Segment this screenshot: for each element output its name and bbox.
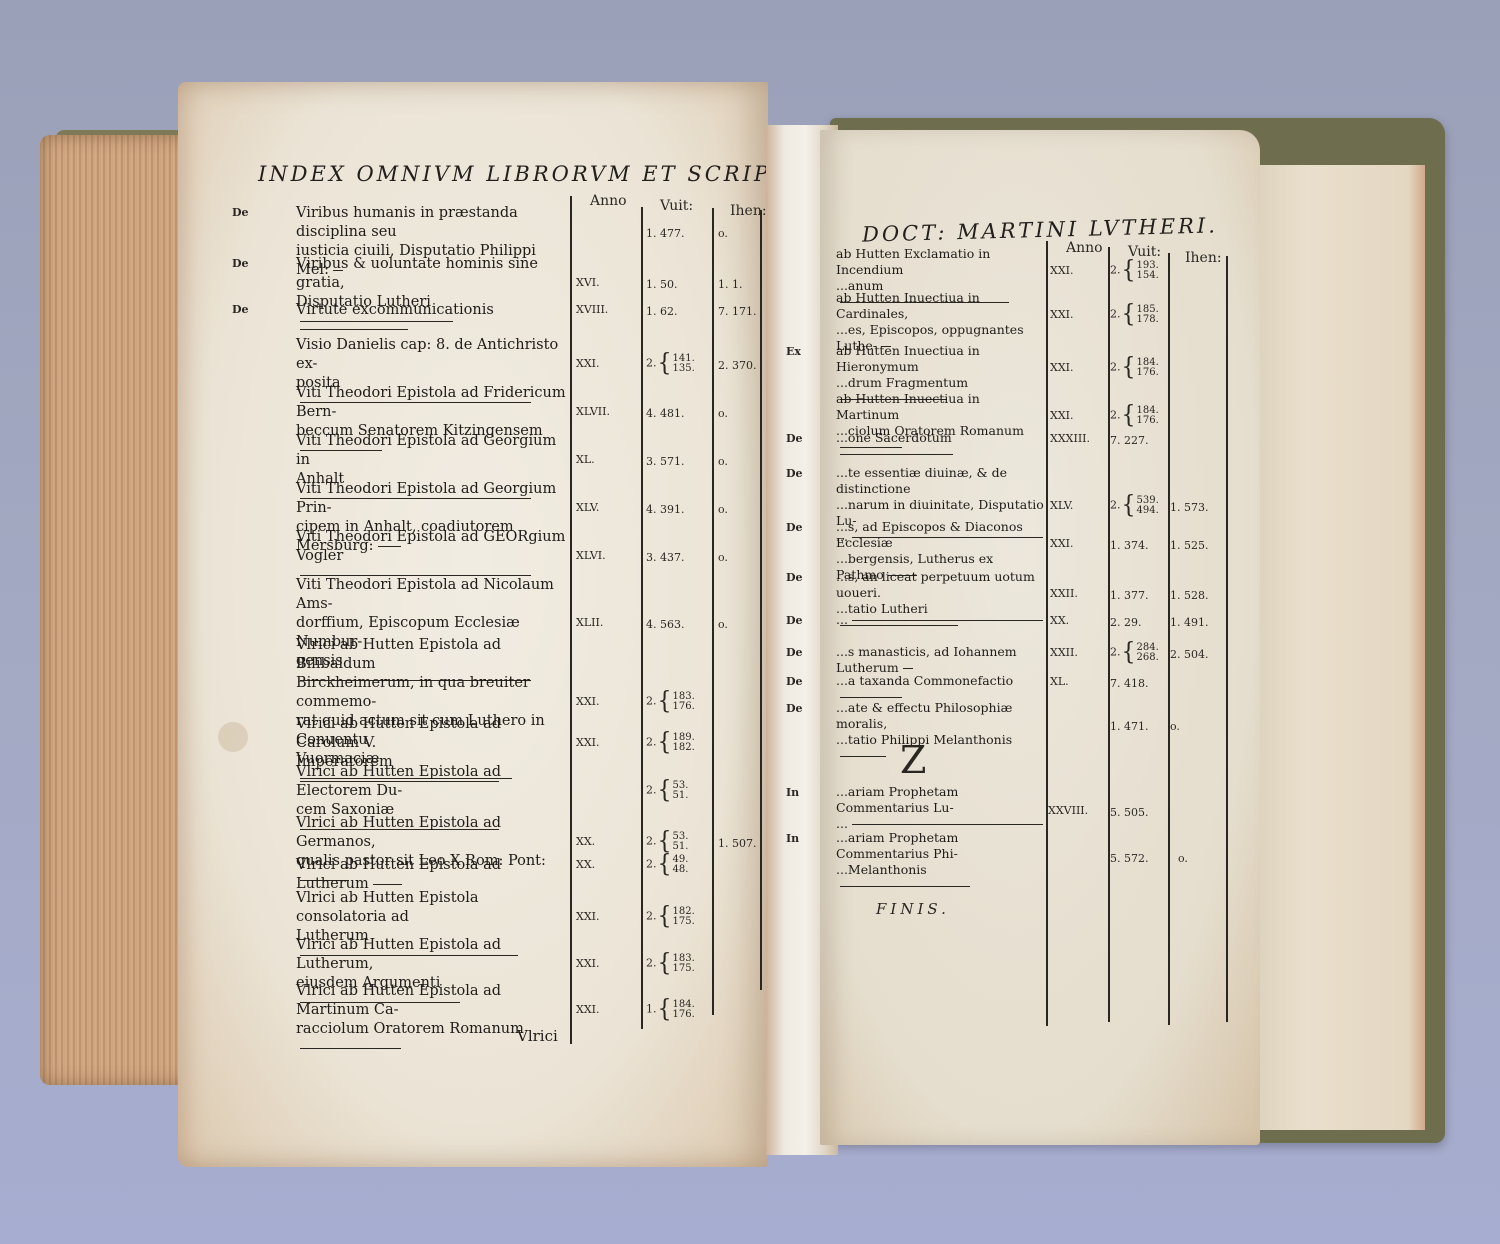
- ihen-value: 1. 573.: [1170, 501, 1208, 514]
- anno-value: XVI.: [576, 276, 600, 289]
- vuit-value: 2.{183.176.: [646, 689, 695, 714]
- entry-text: ...ate & effectu Philosophiæ moralis,: [836, 700, 1012, 731]
- entry-text: ...s manasticis, ad Iohannem Lutherum: [836, 644, 1017, 675]
- vuit-value: 2.{182.175.: [646, 904, 695, 929]
- anno-value: XXII.: [1050, 587, 1078, 600]
- vuit-volume: 2.: [646, 784, 657, 797]
- vuit-page-pair: 184.176.: [1137, 406, 1159, 426]
- page-edges-left: [40, 135, 200, 1085]
- brace-icon: {: [1122, 301, 1136, 329]
- vuit-volume: 7. 418.: [1110, 677, 1148, 690]
- vuit-volume: 1. 62.: [646, 305, 678, 318]
- anno-value: XL.: [576, 453, 595, 466]
- entry-text: Viti Theodori Epistola ad Georgium Prin-: [296, 481, 556, 516]
- entry-text: ab Hutten Inuectiua in Martinum: [836, 391, 980, 422]
- leader-rule: [300, 329, 408, 330]
- vuit-volume: 2.: [1110, 264, 1121, 277]
- entry-title-line: ab Hutten Inuectiua in Hieronymum: [836, 343, 1044, 375]
- vuit-volume: 2.: [646, 910, 657, 923]
- entry-title-line: Vlrici ab Hutten Epistola ad Electorem D…: [296, 763, 566, 801]
- vuit-value: 1. 477.: [646, 227, 684, 240]
- brace-icon: {: [658, 729, 672, 757]
- section-letter-z: Z: [900, 738, 926, 782]
- entry-title-line: ab Hutten Inuectiua in Martinum: [836, 391, 1044, 423]
- index-entry: ...ariam Prophetam Commentarius Phi-...M…: [836, 830, 1044, 894]
- entry-title-line: ...s, an liceat perpetuum uotum uoueri.: [836, 569, 1044, 601]
- vuit-value: 2.{284.268.: [1110, 640, 1159, 665]
- entry-title-line: ab Hutten Exclamatio in Incendium: [836, 246, 1044, 278]
- brace-icon: {: [1122, 402, 1136, 430]
- anno-value: XXI.: [576, 357, 600, 370]
- anno-value: XVIII.: [576, 303, 608, 316]
- vuit-page-pair: 193.154.: [1137, 261, 1159, 281]
- vuit-volume: 5. 572.: [1110, 852, 1148, 865]
- leader-rule: [852, 824, 1043, 825]
- vuit-volume: 4. 391.: [646, 503, 684, 516]
- entry-title-line: Viti Theodori Epistola ad Georgium in: [296, 432, 566, 470]
- entry-prefix: De: [786, 521, 803, 534]
- ihen-value: 2. 504.: [1170, 648, 1208, 661]
- entry-title-line: ...ariam Prophetam Commentarius Lu-: [836, 784, 1044, 816]
- entry-prefix: De: [786, 614, 803, 627]
- entry-title-line: Vlrici ab Hutten Epistola ad Carolum V.: [296, 715, 566, 753]
- ihen-value: 1. 507.: [718, 837, 756, 850]
- entry-text: Virtute excommunicationis: [296, 302, 494, 318]
- brace-icon: {: [1122, 492, 1136, 520]
- entry-text: Vlrici ab Hutten Epistola ad Lutherum,: [296, 937, 501, 972]
- vuit-value: 2.{539.494.: [1110, 493, 1159, 518]
- anno-value: XXI.: [576, 695, 600, 708]
- entry-text: Viribus & uoluntate hominis sine gratia,: [296, 256, 538, 291]
- vuit-value: 7. 227.: [1110, 434, 1148, 447]
- vuit-volume: 2.: [646, 957, 657, 970]
- entry-text: Viti Theodori Epistola ad GEORgium: [296, 529, 565, 545]
- vuit-volume: 1. 50.: [646, 278, 678, 291]
- vuit-value: 1. 62.: [646, 305, 678, 318]
- index-entry: ...s manasticis, ad Iohannem Lutherum: [836, 644, 1044, 676]
- paper-stain: [218, 722, 248, 752]
- column-rule: [1046, 241, 1048, 1026]
- entry-text: Vlrici ab Hutten Epistola ad Martinum Ca…: [296, 983, 501, 1018]
- vuit-volume: 4. 481.: [646, 407, 684, 420]
- ihen-value: o.: [718, 455, 728, 468]
- entry-title-line: Visio Danielis cap: 8. de Antichristo ex…: [296, 336, 566, 374]
- ihen-value: o.: [1170, 720, 1180, 733]
- entry-text: ...Melanthonis: [836, 862, 927, 877]
- vuit-value: 5. 505.: [1110, 806, 1148, 819]
- entry-text: ...a taxanda Commonefactio: [836, 673, 1013, 688]
- vuit-volume: 4. 563.: [646, 618, 684, 631]
- ihen-value: 2. 370.: [718, 359, 756, 372]
- vuit-page-pair: 185.178.: [1137, 305, 1159, 325]
- ihen-value: o.: [718, 618, 728, 631]
- vuit-value: 2.{141.135.: [646, 351, 695, 376]
- entry-title-line: ...ariam Prophetam Commentarius Phi-: [836, 830, 1044, 862]
- vuit-page-pair: 539.494.: [1137, 496, 1159, 516]
- entry-text: Birckheimerum, in qua breuiter commemo-: [296, 675, 530, 710]
- vuit-page-pair: 189.182.: [673, 733, 695, 753]
- ihen-value: 1. 525.: [1170, 539, 1208, 552]
- vuit-value: 3. 437.: [646, 551, 684, 564]
- entry-prefix: De: [232, 303, 249, 316]
- entry-title-line: ...tatio Philippi Melanthonis: [836, 732, 1044, 764]
- entry-title-line: Vlrici ab Hutten Epistola ad Bilibaldum: [296, 636, 566, 674]
- open-book: INDEX OMNIVM LIBRORVM ET SCRIPTORVM Anno…: [0, 0, 1500, 1244]
- entry-text: ab Hutten Inuectiua in Hieronymum: [836, 343, 980, 374]
- ihen-value: 1. 528.: [1170, 589, 1208, 602]
- vuit-value: 2.{53.51.: [646, 778, 688, 803]
- entry-prefix: In: [786, 832, 799, 845]
- vuit-page-pair: 184.176.: [673, 1000, 695, 1020]
- vuit-value: 2.{185.178.: [1110, 302, 1159, 327]
- brace-icon: {: [1122, 354, 1136, 382]
- vuit-value: 2. 29.: [1110, 616, 1142, 629]
- vuit-page-pair: 284.268.: [1137, 643, 1159, 663]
- entry-text: ...: [836, 612, 848, 627]
- entry-title-line: Viti Theodori Epistola ad Fridericum Ber…: [296, 384, 566, 422]
- entry-title-line: Viribus humanis in præstanda disciplina …: [296, 204, 566, 242]
- ihen-value: 1. 491.: [1170, 616, 1208, 629]
- ihen-value: o.: [718, 227, 728, 240]
- anno-value: XXII.: [1050, 646, 1078, 659]
- anno-value: XXI.: [576, 736, 600, 749]
- vuit-value: 1.{184.176.: [646, 997, 695, 1022]
- vuit-volume: 1. 471.: [1110, 720, 1148, 733]
- catchword: Vlrici: [517, 1027, 558, 1045]
- entry-prefix: De: [786, 702, 803, 715]
- entry-title-line: ...te essentiæ diuinæ, & de distinctione: [836, 465, 1044, 497]
- anno-value: XX.: [576, 835, 595, 848]
- anno-value: XLV.: [576, 501, 599, 514]
- entry-text: Viti Theodori Epistola ad Fridericum Ber…: [296, 385, 566, 420]
- anno-value: XX.: [576, 858, 595, 871]
- entry-text: Vlrici ab Hutten Epistola consolatoria a…: [296, 890, 479, 925]
- brace-icon: {: [658, 350, 672, 378]
- vuit-value: 5. 572.: [1110, 852, 1148, 865]
- leader-rule: [840, 697, 902, 698]
- vuit-page-pair: 53.51.: [673, 832, 689, 852]
- entry-title-line: Viti Theodori Epistola ad Georgium Prin-: [296, 480, 566, 518]
- entry-text: Vlrici ab Hutten Epistola ad Lutherum: [296, 857, 501, 892]
- entry-title-line: Birckheimerum, in qua breuiter commemo-: [296, 674, 566, 712]
- entry-prefix: De: [786, 675, 803, 688]
- entry-text: Vlrici ab Hutten Epistola ad Bilibaldum: [296, 637, 501, 672]
- vuit-volume: 2.: [1110, 409, 1121, 422]
- index-entry: ...ariam Prophetam Commentarius Lu-...: [836, 784, 1044, 832]
- entry-title-line: Virtute excommunicationis: [296, 301, 566, 339]
- brace-icon: {: [658, 777, 672, 805]
- leader-rule: [840, 454, 953, 455]
- leader-rule: [373, 884, 403, 885]
- vuit-volume: 2.: [646, 835, 657, 848]
- anno-value: XL.: [1050, 675, 1069, 688]
- vuit-page-pair: 183.175.: [673, 954, 695, 974]
- entry-text: ...ariam Prophetam Commentarius Lu-: [836, 784, 958, 815]
- vuit-value: 2.{184.176.: [1110, 355, 1159, 380]
- entry-text: Vlrici ab Hutten Epistola ad Electorem D…: [296, 764, 501, 799]
- brace-icon: {: [658, 996, 672, 1024]
- index-entry: ...: [836, 612, 1044, 628]
- anno-value: XLII.: [576, 616, 603, 629]
- vuit-volume: 3. 571.: [646, 455, 684, 468]
- finis-label: FINIS.: [876, 900, 950, 918]
- column-rule: [641, 207, 643, 1029]
- entry-title-line: ...one Sacerdotum: [836, 430, 1044, 462]
- anno-value: XXI.: [576, 910, 600, 923]
- entry-text: ab Hutten Exclamatio in Incendium: [836, 246, 990, 277]
- entry-title-line: Viti Theodori Epistola ad Nicolaum Ams-: [296, 576, 566, 614]
- entry-text: ...s, ad Episcopos & Diaconos Ecclesiæ: [836, 519, 1023, 550]
- brace-icon: {: [658, 903, 672, 931]
- entry-text: ...: [836, 816, 848, 831]
- anno-value: XLVII.: [576, 405, 610, 418]
- vuit-value: 2.{49.48.: [646, 852, 688, 877]
- entry-title-line: Vlrici ab Hutten Epistola consolatoria a…: [296, 889, 566, 927]
- entry-title-line: Vlrici ab Hutten Epistola ad Martinum Ca…: [296, 982, 566, 1020]
- col-head-ihen-right: Ihen:: [1185, 250, 1222, 266]
- leader-rule: [852, 620, 1043, 621]
- leader-rule: [903, 668, 913, 669]
- vuit-volume: 2.: [1110, 361, 1121, 374]
- vuit-volume: 1. 374.: [1110, 539, 1148, 552]
- blank-underlying-page: [1255, 165, 1425, 1130]
- vuit-volume: 2.: [646, 357, 657, 370]
- vuit-page-pair: 182.175.: [673, 907, 695, 927]
- ihen-value: 1. 1.: [718, 278, 743, 291]
- entry-text: ...ariam Prophetam Commentarius Phi-: [836, 830, 958, 861]
- entry-text: Viti Theodori Epistola ad Nicolaum Ams-: [296, 577, 554, 612]
- anno-value: XXI.: [1050, 537, 1074, 550]
- brace-icon: {: [658, 688, 672, 716]
- column-rule: [712, 208, 714, 1015]
- vuit-volume: 2.: [1110, 308, 1121, 321]
- ihen-value: o.: [718, 407, 728, 420]
- anno-value: XXI.: [576, 1003, 600, 1016]
- vuit-page-pair: 184.176.: [1137, 358, 1159, 378]
- vuit-value: 1. 377.: [1110, 589, 1148, 602]
- vuit-value: 7. 418.: [1110, 677, 1148, 690]
- vuit-value: 4. 391.: [646, 503, 684, 516]
- vuit-volume: 1. 377.: [1110, 589, 1148, 602]
- vuit-value: 2.{184.176.: [1110, 403, 1159, 428]
- entry-text: Vlrici ab Hutten Epistola ad Germanos,: [296, 815, 501, 850]
- leader-rule: [840, 886, 970, 887]
- entry-title-line: Viribus & uoluntate hominis sine gratia,: [296, 255, 566, 293]
- entry-prefix: De: [786, 571, 803, 584]
- entry-prefix: De: [786, 467, 803, 480]
- entry-text: ...one Sacerdotum: [836, 430, 952, 445]
- entry-prefix: De: [232, 257, 249, 270]
- col-head-anno-right: Anno: [1066, 240, 1103, 256]
- vuit-volume: 2.: [646, 736, 657, 749]
- brace-icon: {: [1122, 257, 1136, 285]
- anno-value: XLVI.: [576, 549, 606, 562]
- vuit-value: 1. 374.: [1110, 539, 1148, 552]
- vuit-volume: 2.: [1110, 499, 1121, 512]
- entry-title-line: ab Hutten Inuectiua in Cardinales,: [836, 290, 1044, 322]
- anno-value: XXI.: [1050, 308, 1074, 321]
- column-rule: [570, 196, 572, 1044]
- entry-prefix: De: [786, 646, 803, 659]
- entry-text: Visio Danielis cap: 8. de Antichristo ex…: [296, 337, 558, 372]
- index-entry: Vlrici ab Hutten Epistola ad Martinum Ca…: [296, 982, 566, 1058]
- anno-value: XXI.: [1050, 264, 1074, 277]
- ihen-value: 7. 171.: [718, 305, 756, 318]
- ihen-value: o.: [1178, 852, 1188, 865]
- entry-title-line: Vlrici ab Hutten Epistola ad Lutherum,: [296, 936, 566, 974]
- anno-value: XXXIII.: [1050, 432, 1090, 445]
- anno-value: XXI.: [1050, 409, 1074, 422]
- anno-value: XXI.: [1050, 361, 1074, 374]
- anno-value: XXVIII.: [1048, 804, 1088, 817]
- index-entry: ...one Sacerdotum: [836, 430, 1044, 462]
- entry-text: ab Hutten Inuectiua in Cardinales,: [836, 290, 980, 321]
- vuit-value: 2.{193.154.: [1110, 258, 1159, 283]
- vuit-volume: 2.: [1110, 646, 1121, 659]
- entry-title-line: ...s, ad Episcopos & Diaconos Ecclesiæ: [836, 519, 1044, 551]
- entry-prefix: In: [786, 786, 799, 799]
- entry-prefix: De: [786, 432, 803, 445]
- vuit-volume: 2.: [646, 695, 657, 708]
- col-head-vuit-left: Vuit:: [660, 198, 693, 214]
- vuit-value: 1. 50.: [646, 278, 678, 291]
- entry-text: Viribus humanis in præstanda disciplina …: [296, 205, 518, 240]
- entry-text: ...te essentiæ diuinæ, & de distinctione: [836, 465, 1007, 496]
- entry-prefix: Ex: [786, 345, 801, 358]
- vuit-volume: 2. 29.: [1110, 616, 1142, 629]
- vuit-volume: 5. 505.: [1110, 806, 1148, 819]
- brace-icon: {: [658, 851, 672, 879]
- entry-title-line: ...s manasticis, ad Iohannem Lutherum: [836, 644, 1044, 676]
- vuit-value: 2.{183.175.: [646, 951, 695, 976]
- entry-title-line: Vlrici ab Hutten Epistola ad Germanos,: [296, 814, 566, 852]
- vuit-page-pair: 53.51.: [673, 781, 689, 801]
- brace-icon: {: [658, 950, 672, 978]
- vuit-value: 1. 471.: [1110, 720, 1148, 733]
- entry-title-line: ...Melanthonis: [836, 862, 1044, 894]
- entry-text: Viti Theodori Epistola ad Georgium in: [296, 433, 556, 468]
- vuit-volume: 3. 437.: [646, 551, 684, 564]
- anno-value: XLV.: [1050, 499, 1073, 512]
- entry-text: Vogler: [296, 548, 343, 564]
- entry-text: Vlrici ab Hutten Epistola ad Carolum V.: [296, 716, 501, 751]
- brace-icon: {: [1122, 639, 1136, 667]
- vuit-value: 4. 563.: [646, 618, 684, 631]
- column-rule: [1168, 253, 1170, 1025]
- entry-prefix: De: [232, 206, 249, 219]
- entry-text: ...s, an liceat perpetuum uotum uoueri.: [836, 569, 1035, 600]
- vuit-value: 2.{189.182.: [646, 730, 695, 755]
- leader-rule: [300, 1048, 401, 1049]
- anno-value: XX.: [1050, 614, 1069, 627]
- vuit-page-pair: 183.176.: [673, 692, 695, 712]
- entry-text: racciolum Oratorem Romanum: [296, 1021, 524, 1037]
- index-entry: ...ate & effectu Philosophiæ moralis,...…: [836, 700, 1044, 764]
- entry-text: ...drum Fragmentum: [836, 375, 968, 390]
- column-rule: [1226, 256, 1228, 1022]
- vuit-value: 3. 571.: [646, 455, 684, 468]
- ihen-value: o.: [718, 551, 728, 564]
- vuit-volume: 1.: [646, 1003, 657, 1016]
- entry-title-line: Viti Theodori Epistola ad GEORgium: [296, 528, 566, 547]
- index-entry: Virtute excommunicationis: [296, 301, 566, 339]
- entry-title-line: ...ate & effectu Philosophiæ moralis,: [836, 700, 1044, 732]
- anno-value: XXI.: [576, 957, 600, 970]
- vuit-volume: 7. 227.: [1110, 434, 1148, 447]
- vuit-page-pair: 141.135.: [673, 354, 695, 374]
- entry-title-line: ...: [836, 612, 1044, 628]
- col-head-anno-left: Anno: [590, 193, 627, 209]
- vuit-page-pair: 49.48.: [673, 855, 689, 875]
- vuit-volume: 2.: [646, 858, 657, 871]
- leader-rule: [840, 756, 886, 757]
- ihen-value: o.: [718, 503, 728, 516]
- vuit-volume: 1. 477.: [646, 227, 684, 240]
- column-rule: [760, 210, 762, 990]
- vuit-value: 4. 481.: [646, 407, 684, 420]
